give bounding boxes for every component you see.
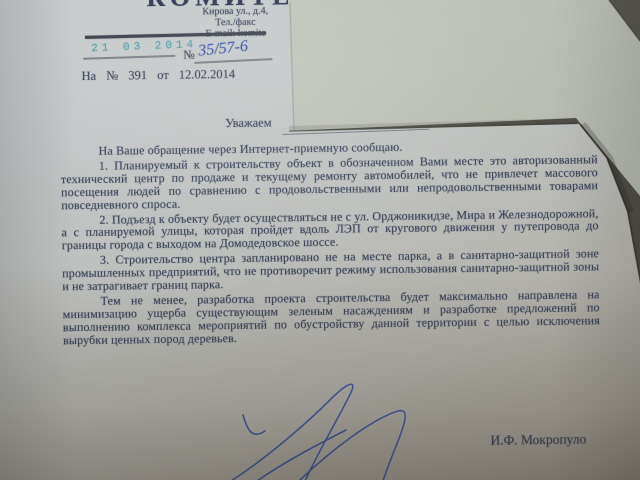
salutation: Уважаем — [225, 115, 272, 131]
body-paragraph: Тем не менее, разработка проекта строите… — [62, 288, 600, 347]
photo-of-letter: КОМИТЕТ Кирова ул., д.4, Тел./факс E-mai… — [0, 0, 640, 480]
reference-line: На № 391 от 12.02.2014 — [81, 67, 235, 84]
date-stamp: 21 03 2014 — [91, 39, 197, 55]
doc-number-label: № — [183, 47, 195, 62]
signature-name: И.Ф. Мокропуло — [490, 431, 586, 448]
doc-number-handwritten: 35/57-6 — [197, 38, 248, 61]
stamp-underline — [83, 55, 175, 59]
letter-body: На Ваше обращение через Интернет-приемну… — [60, 138, 600, 355]
body-paragraph: 3. Строительство центра запланировано не… — [62, 247, 599, 293]
body-paragraph: 1. Планируемый к строительству объект в … — [61, 153, 599, 212]
body-paragraph: 2. Подъезд к объекту будет осуществлятьс… — [61, 207, 598, 253]
